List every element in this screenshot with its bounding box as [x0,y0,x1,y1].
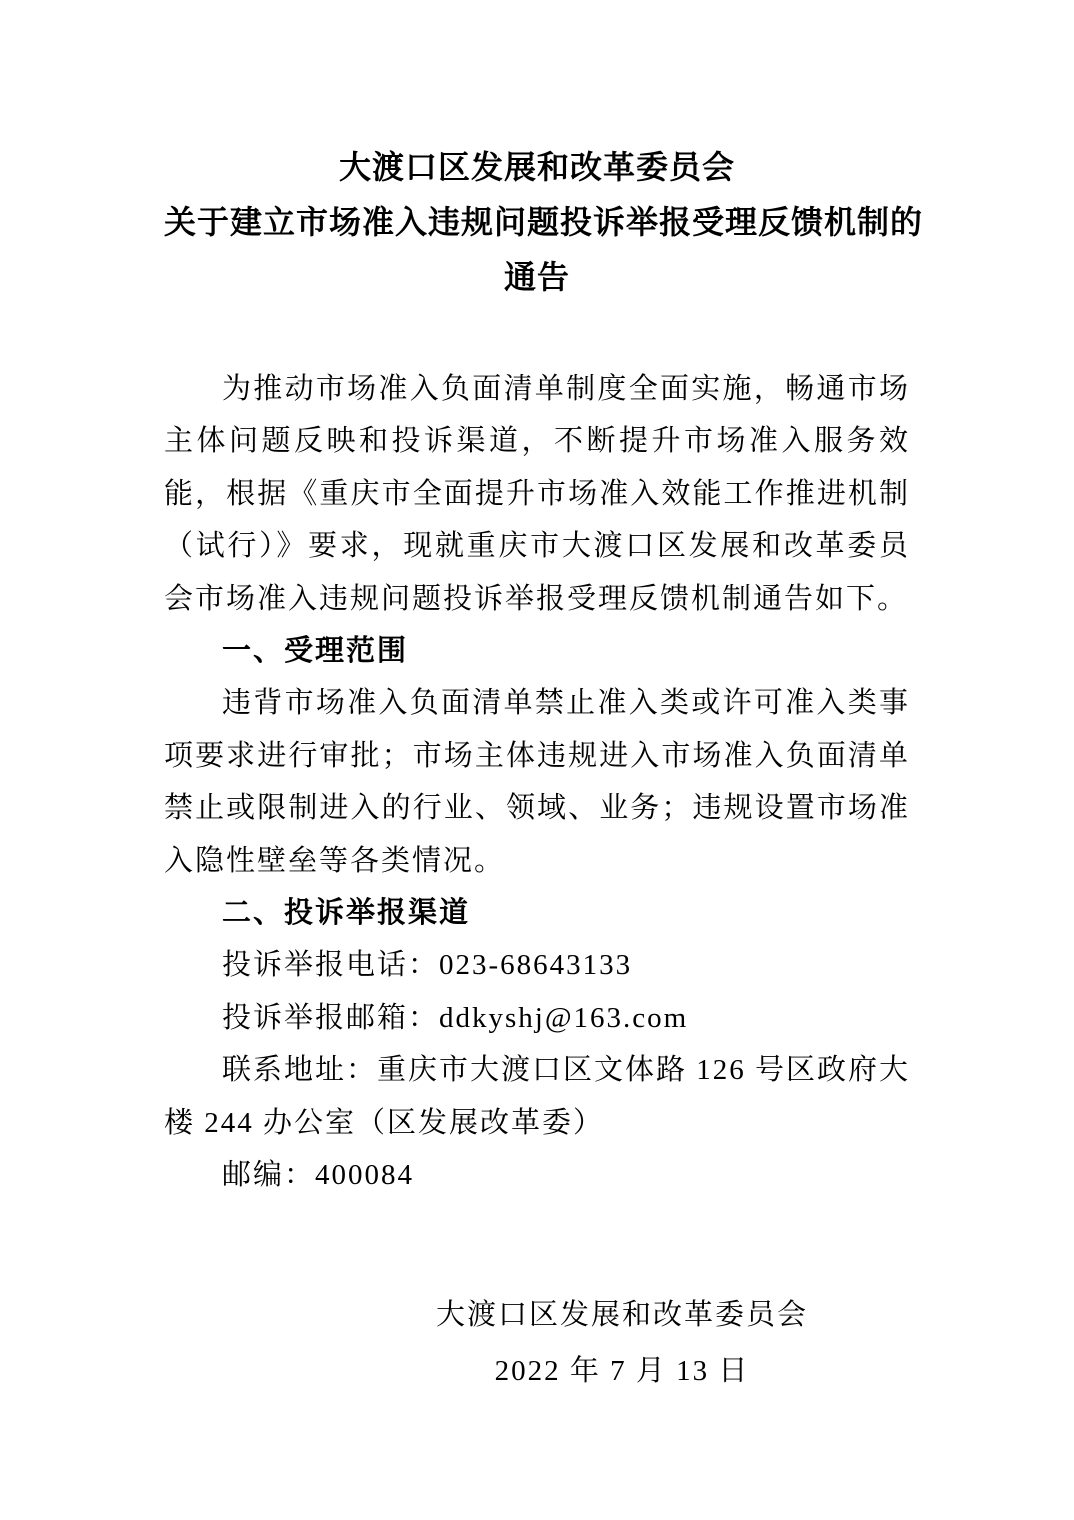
document-page: 大渡口区发展和改革委员会 关于建立市场准入违规问题投诉举报受理反馈机制的 通告 … [0,0,1074,1520]
title-subject-line: 关于建立市场准入违规问题投诉举报受理反馈机制的 [164,195,910,250]
signature-org: 大渡口区发展和改革委员会 [249,1287,995,1343]
contact-email-line: 投诉举报邮箱：ddkyshj@163.com [164,992,910,1044]
signature-block: 大渡口区发展和改革委员会 2022 年 7 月 13 日 [249,1287,995,1399]
document-title: 大渡口区发展和改革委员会 关于建立市场准入违规问题投诉举报受理反馈机制的 通告 [164,140,910,305]
intro-paragraph: 为推动市场准入负面清单制度全面实施，畅通市场主体问题反映和投诉渠道，不断提升市场… [164,363,910,625]
section-heading-channels: 二、投诉举报渠道 [164,887,910,939]
section-heading-scope: 一、受理范围 [164,625,910,677]
title-type-line: 通告 [164,250,910,305]
contact-postcode-line: 邮编：400084 [164,1149,910,1201]
section-scope-body: 违背市场准入负面清单禁止准入类或许可准入类事项要求进行审批；市场主体违规进入市场… [164,677,910,887]
contact-address-line: 联系地址：重庆市大渡口区文体路 126 号区政府大楼 244 办公室（区发展改革… [164,1044,910,1149]
title-org-line: 大渡口区发展和改革委员会 [164,140,910,195]
document-content: 大渡口区发展和改革委员会 关于建立市场准入违规问题投诉举报受理反馈机制的 通告 … [164,140,910,1399]
signature-date: 2022 年 7 月 13 日 [249,1343,995,1399]
contact-phone-line: 投诉举报电话：023-68643133 [164,939,910,991]
